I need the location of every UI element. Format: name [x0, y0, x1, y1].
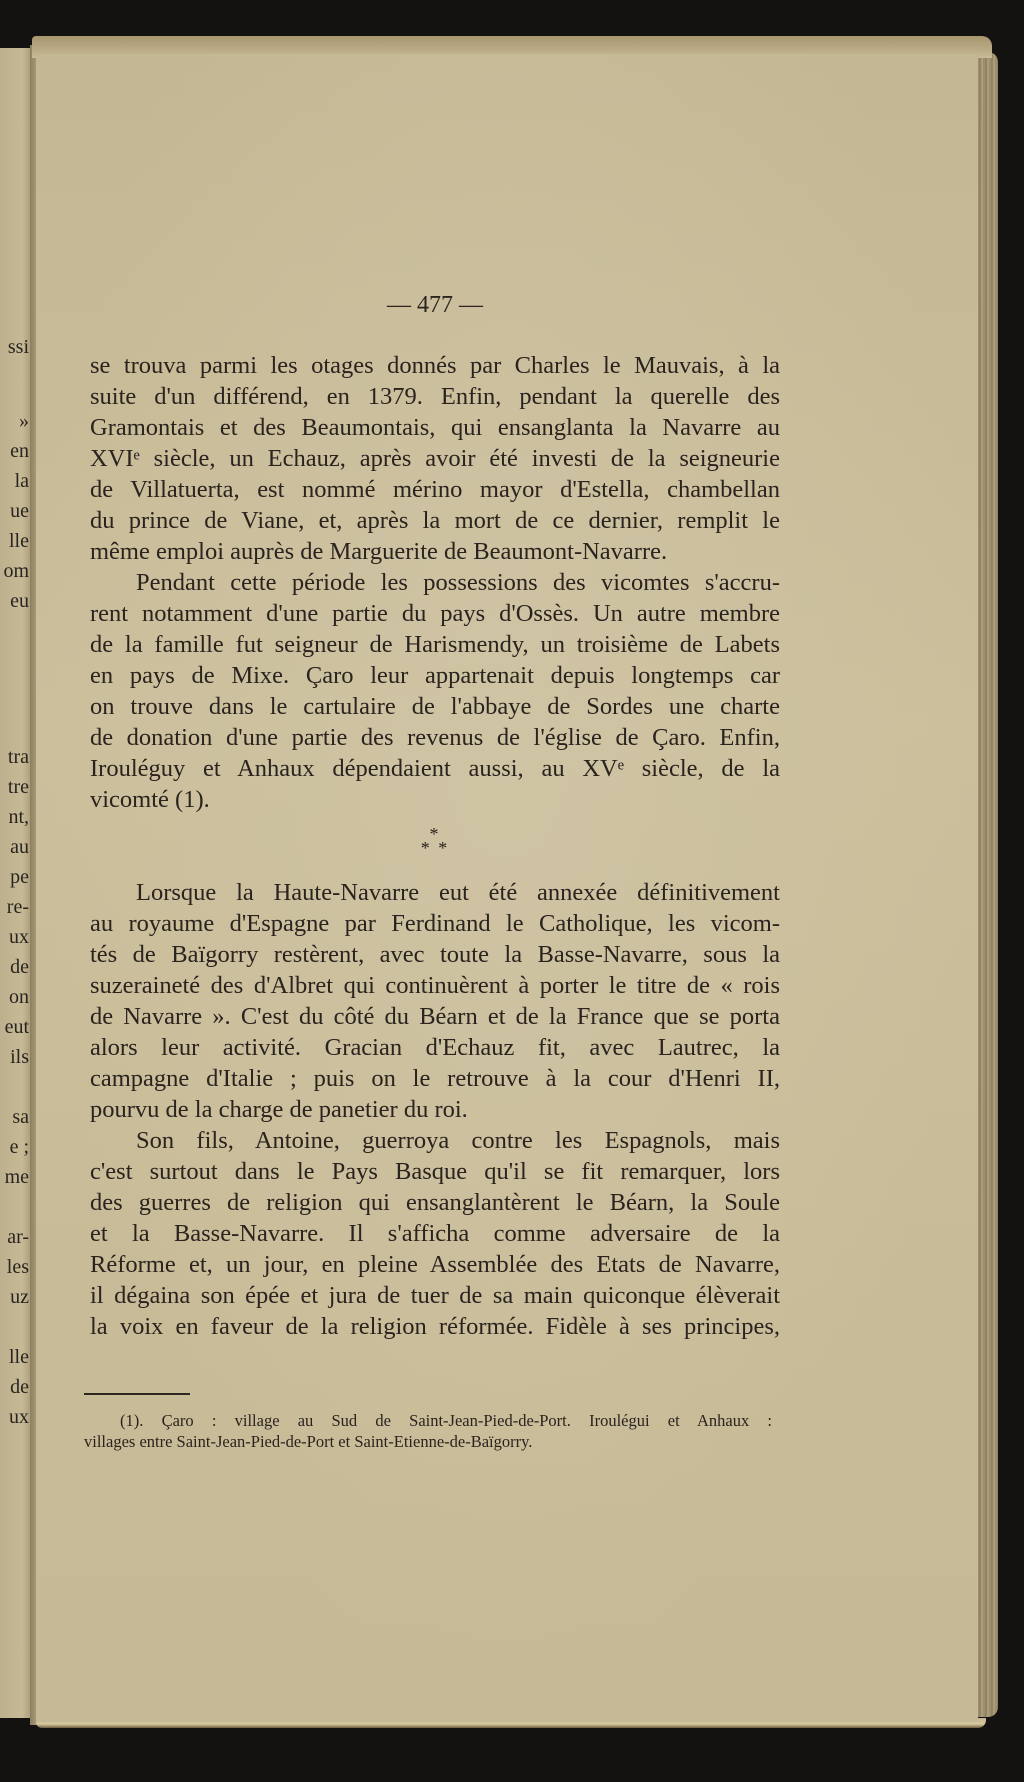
- page-stack-edge: [978, 52, 998, 1717]
- text-line: Son fils, Antoine, guerroya contre les E…: [90, 1125, 780, 1156]
- facing-page-fragment: ils: [10, 1046, 29, 1069]
- page-number: — 477 —: [300, 292, 570, 319]
- text-line: alors leur activité. Gracian d'Echauz fi…: [90, 1032, 780, 1063]
- text-line: du prince de Viane, et, après la mort de…: [90, 505, 780, 536]
- text-line: pourvu de la charge de panetier du roi.: [90, 1094, 780, 1125]
- text-line: vicomté (1).: [90, 784, 780, 815]
- text-line: Irouléguy et Anhaux dépendaient aussi, a…: [90, 753, 780, 784]
- facing-page-fragment: de: [10, 956, 29, 979]
- facing-page-fragment: tra: [8, 746, 29, 769]
- text-line: de Villatuerta, est nommé mérino mayor d…: [90, 474, 780, 505]
- facing-page-fragment: les: [7, 1256, 29, 1279]
- facing-page-fragment: »: [19, 410, 29, 433]
- text-line: Pendant cette période les possessions de…: [90, 567, 780, 598]
- facing-page-fragment: om: [3, 560, 29, 583]
- text-line: des guerres de religion qui ensanglantèr…: [90, 1187, 780, 1218]
- text-line: campagne d'Italie ; puis on le retrouve …: [90, 1063, 780, 1094]
- text-line: se trouva parmi les otages donnés par Ch…: [90, 350, 780, 381]
- paragraph: Son fils, Antoine, guerroya contre les E…: [90, 1125, 780, 1342]
- text-line: c'est surtout dans le Pays Basque qu'il …: [90, 1156, 780, 1187]
- facing-page-fragment: lle: [9, 530, 29, 553]
- asterism-bottom: * *: [90, 841, 780, 855]
- facing-page-margin: ssi » en la ue lle om eu tra tre nt, au …: [0, 48, 32, 1718]
- footnotes: (1). Çaro : village au Sud de Saint-Jean…: [84, 1410, 772, 1452]
- facing-page-fragment: ssi: [8, 336, 29, 359]
- paragraph: Pendant cette période les possessions de…: [90, 567, 780, 815]
- facing-page-fragment: me: [5, 1166, 29, 1189]
- facing-page-fragment: nt,: [8, 806, 29, 829]
- text-line: tés de Baïgorry restèrent, avec toute la…: [90, 939, 780, 970]
- text-line: il dégaina son épée et jura de tuer de s…: [90, 1280, 780, 1311]
- footnote-line: villages entre Saint-Jean-Pied-de-Port e…: [84, 1431, 772, 1452]
- footnote-rule: [84, 1393, 190, 1395]
- facing-page-fragment: en: [10, 440, 29, 463]
- facing-page-fragment: sa: [12, 1106, 29, 1129]
- facing-page-fragment: de: [10, 1376, 29, 1399]
- text-line: en pays de Mixe. Çaro leur appartenait d…: [90, 660, 780, 691]
- text-line: on trouve dans le cartulaire de l'abbaye…: [90, 691, 780, 722]
- text-line: de Navarre ». C'est du côté du Béarn et …: [90, 1001, 780, 1032]
- text-line: de la famille fut seigneur de Harismendy…: [90, 629, 780, 660]
- facing-page-fragment: ar-: [7, 1226, 29, 1249]
- facing-page-fragment: e ;: [10, 1136, 29, 1159]
- text-line: suite d'un différend, en 1379. Enfin, pe…: [90, 381, 780, 412]
- text-line: même emploi auprès de Marguerite de Beau…: [90, 536, 780, 567]
- footnote-line: (1). Çaro : village au Sud de Saint-Jean…: [84, 1410, 772, 1431]
- text-line: suzeraineté des d'Albret qui continuèren…: [90, 970, 780, 1001]
- facing-page-fragment: ue: [10, 500, 29, 523]
- text-line: Réforme et, un jour, en pleine Assemblée…: [90, 1249, 780, 1280]
- facing-page-fragment: re-: [7, 896, 29, 919]
- facing-page-fragment: eut: [5, 1016, 29, 1039]
- page-body-text: se trouva parmi les otages donnés par Ch…: [90, 350, 780, 1342]
- facing-page-fragment: la: [15, 470, 29, 493]
- facing-page-fragment: on: [9, 986, 29, 1009]
- paragraph: se trouva parmi les otages donnés par Ch…: [90, 350, 780, 567]
- facing-page-fragment: lle: [9, 1346, 29, 1369]
- paragraph: Lorsque la Haute-Navarre eut été annexée…: [90, 877, 780, 1125]
- text-line: XVIᵉ siècle, un Echauz, après avoir été …: [90, 443, 780, 474]
- text-line: rent notamment d'une partie du pays d'Os…: [90, 598, 780, 629]
- text-line: et la Basse-Navarre. Il s'afficha comme …: [90, 1218, 780, 1249]
- facing-page-fragment: uz: [10, 1286, 29, 1309]
- facing-page-fragment: au: [10, 836, 29, 859]
- text-line: de donation d'une partie des revenus de …: [90, 722, 780, 753]
- text-line: au royaume d'Espagne par Ferdinand le Ca…: [90, 908, 780, 939]
- text-line: Lorsque la Haute-Navarre eut été annexée…: [90, 877, 780, 908]
- facing-page-fragment: tre: [8, 776, 29, 799]
- facing-page-fragment: eu: [10, 590, 29, 613]
- facing-page-fragment: ux: [9, 1406, 29, 1429]
- text-line: la voix en faveur de la religion réformé…: [90, 1311, 780, 1342]
- section-break-asterism: * * *: [90, 815, 780, 877]
- facing-page-fragment: ux: [9, 926, 29, 949]
- facing-page-fragment: pe: [10, 866, 29, 889]
- text-line: Gramontais et des Beaumontais, qui ensan…: [90, 412, 780, 443]
